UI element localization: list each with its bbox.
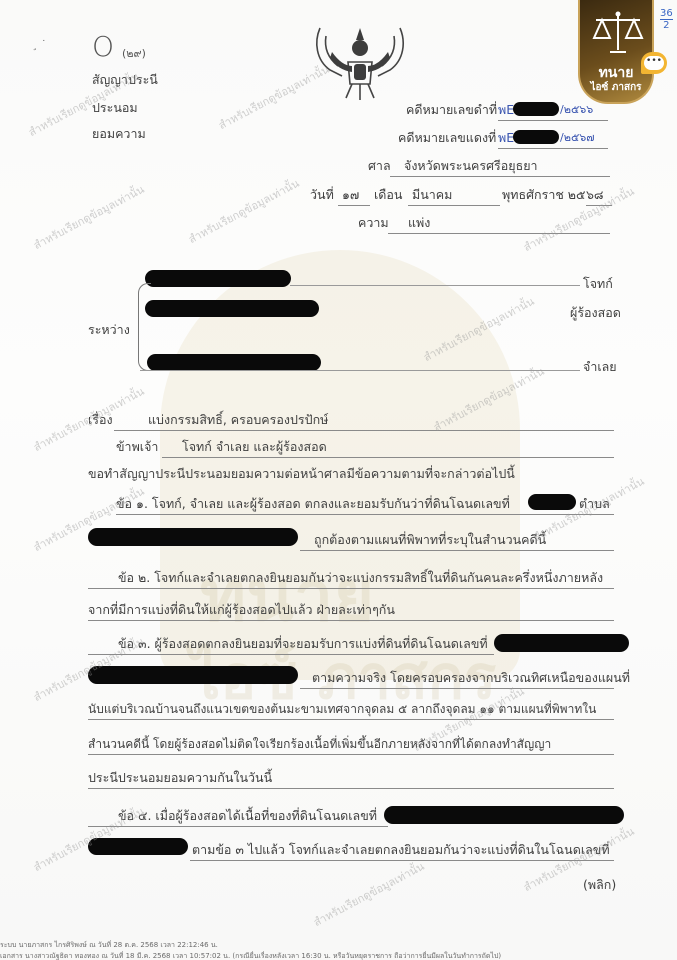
clause-3-line-c: นับแต่บริเวณบ้านจนถึงแนวเขตของต้นมะขามเท… <box>88 700 614 720</box>
clause-3-line-a: ข้อ ๓. ผู้ร้องสอดตกลงยินยอมที่จะยอมรับกา… <box>88 634 494 655</box>
clause-2-line-b: จากที่มีการแบ่งที่ดินให้แก่ผู้ร้องสอดไปแ… <box>88 600 614 621</box>
redaction-deed-number-4 <box>384 806 624 824</box>
year-label: พุทธศักราช ๒๕ <box>502 185 586 205</box>
black-case-suffix: /๒๕๖๖ <box>560 100 593 118</box>
watermark-text: สำหรับเรียกดูข้อมูลเท่านั้น <box>30 180 147 254</box>
case-type-label: ความ <box>358 213 389 233</box>
badge-name-line-2: ไอซ์ ภาสกร <box>580 80 652 95</box>
redaction-defendant-name <box>147 354 321 371</box>
clause-2-line-a: ข้อ ๒. โจทก์และจำเลยตกลงยินยอมกันว่าจะแบ… <box>88 568 614 589</box>
clause-4-line-a: ข้อ ๔. เมื่อผู้ร้องสอดได้เนื้อที่ของที่ด… <box>88 806 388 827</box>
footer-line-2: เอกสาร นางสาวณัฐธิดา ทองทอง ณ วันที่ 18 … <box>0 951 501 960</box>
form-title-line-1: สัญญาประนี <box>92 70 158 90</box>
court-label: ศาล <box>368 156 391 176</box>
defendant-label: จำเลย <box>583 357 617 377</box>
footer-line-1: ระบบ นายภาสกร ไกรศิริพงษ์ ณ วันที่ 28 ต.… <box>0 940 218 951</box>
redaction-intervenor-name <box>145 300 319 317</box>
form-title-line-3: ยอมความ <box>92 124 146 144</box>
court-value: จังหวัดพระนครศรีอยุธยา <box>390 156 610 177</box>
form-number: (๒๙) <box>122 44 146 62</box>
red-case-suffix: /๒๕๖๗ <box>560 128 595 146</box>
watermark-text: สำหรับเรียกดูข้อมูลเท่านั้น <box>420 292 537 366</box>
day-label: วันที่ <box>310 185 334 205</box>
case-type-value: แพ่ง <box>388 213 610 234</box>
between-label: ระหว่าง <box>88 320 130 340</box>
redaction-deed-number-3 <box>494 634 629 652</box>
redaction-location-4 <box>88 838 188 855</box>
subject-value: แบ่งกรรมสิทธิ์, ครอบครองปรปักษ์ <box>114 410 614 431</box>
black-case-prefix: พE <box>498 102 514 117</box>
clause-4-line-b: ตามข้อ ๓ ไปแล้ว โจทก์และจำเลยตกลงยินยอมก… <box>190 840 614 861</box>
redaction-location-3 <box>88 666 298 684</box>
intro-text: ขอทำสัญญาประนีประนอมยอมความต่อหน้าศาลมีข… <box>88 464 515 484</box>
chat-bubble-icon: ••• <box>641 52 667 74</box>
defendant-line <box>140 370 580 371</box>
plaintiff-line <box>290 285 580 286</box>
redaction-location-1 <box>88 528 298 546</box>
black-case-label: คดีหมายเลขดำที่ <box>406 100 497 120</box>
plaintiff-label: โจทก์ <box>583 274 613 294</box>
we-value: โจทก์ จำเลย และผู้ร้องสอด <box>162 437 614 458</box>
redaction-red-case <box>513 130 559 144</box>
document-page: ทนาย ไอซ์ ภาสกร ¸ ˙ O (๒๙) สัญญาประนี ปร… <box>0 0 677 960</box>
we-label: ข้าพเจ้า <box>116 437 158 457</box>
redaction-plaintiff-name <box>145 270 291 287</box>
scan-speck: ¸ ˙ <box>32 38 47 51</box>
handwritten-page-mark: 36 2 <box>660 8 673 31</box>
day-value: ๑๗ <box>338 185 370 206</box>
lawyer-badge-logo: ทนาย ไอซ์ ภาสกร <box>578 0 654 104</box>
red-case-label: คดีหมายเลขแดงที่ <box>398 128 496 148</box>
year-value: ๖๘ <box>586 185 612 206</box>
red-case-prefix: พE <box>498 130 514 145</box>
clause-1-subdistrict-label: ตำบล <box>579 494 610 514</box>
garuda-emblem-icon <box>312 22 408 102</box>
watermark-text: สำหรับเรียกดูข้อมูลเท่านั้น <box>185 174 302 248</box>
subject-label: เรื่อง <box>88 410 113 430</box>
form-mark: O <box>92 30 114 63</box>
month-value: มีนาคม <box>408 185 500 206</box>
clause-3-line-d: สำนวนคดีนี้ โดยผู้ร้องสอดไม่ติดใจเรียกร้… <box>88 735 614 755</box>
clause-3-line-e: ประนีประนอมยอมความกันในวันนี้ <box>88 768 614 789</box>
watermark-text: สำหรับเรียกดูข้อมูลเท่านั้น <box>310 857 427 931</box>
form-title-line-2: ประนอม <box>92 98 138 118</box>
intervenor-label: ผู้ร้องสอด <box>570 303 621 323</box>
redaction-black-case <box>513 102 559 116</box>
clause-3-line-b: ตามความจริง โดยครอบครองจากบริเวณทิศเหนือ… <box>300 668 614 689</box>
clause-1-line-c: ถูกต้องตามแผนที่พิพาทที่ระบุในสำนวนคดีนี… <box>300 530 614 551</box>
month-label: เดือน <box>374 185 402 205</box>
turn-over-note: (พลิก) <box>583 875 616 895</box>
redaction-deed-number-1 <box>528 494 576 510</box>
scales-of-justice-icon <box>592 10 644 56</box>
